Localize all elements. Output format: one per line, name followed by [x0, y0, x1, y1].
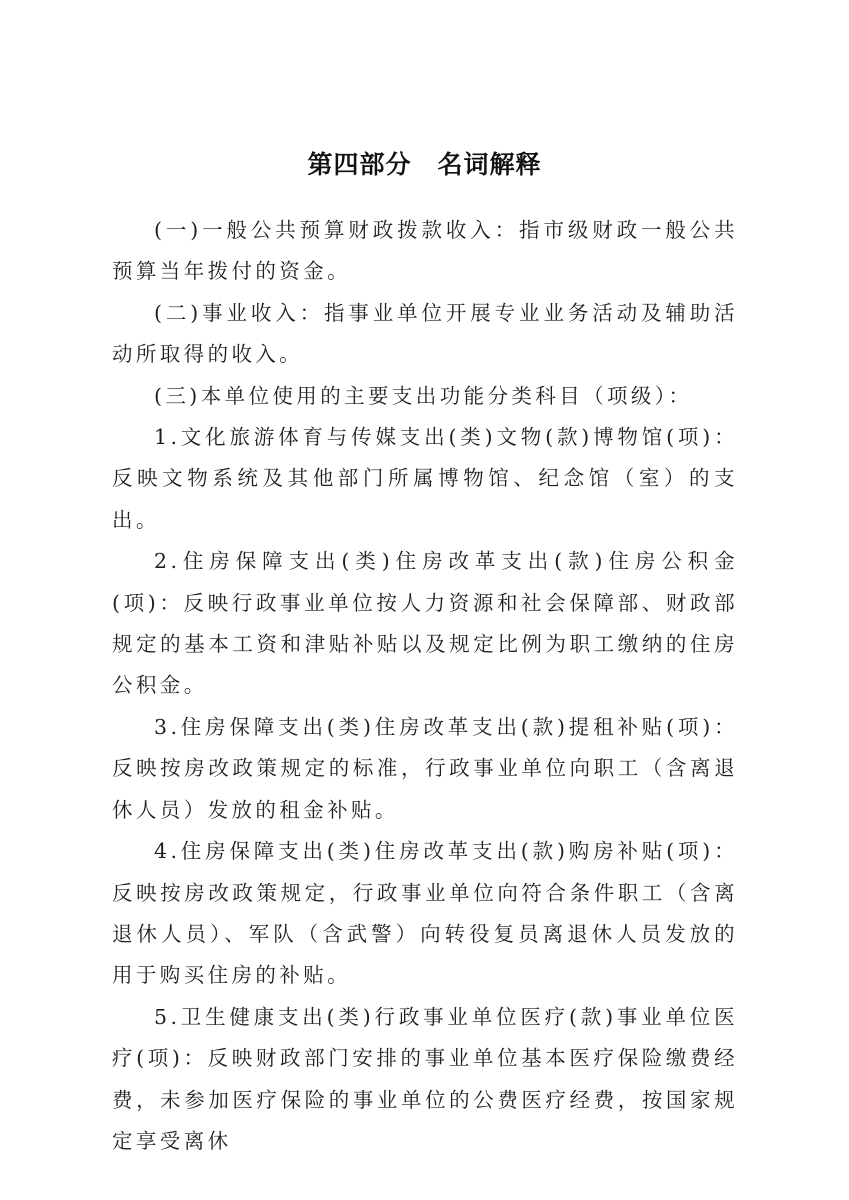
section-title: 第四部分 名词解释	[0, 145, 849, 181]
paragraph-item-rent-subsidy: 3.住房保障支出(类)住房改革支出(款)提租补贴(项)：反映按房改政策规定的标准…	[112, 707, 738, 831]
paragraph-expenditure-categories-heading: (三)本单位使用的主要支出功能分类科目（项级）：	[112, 376, 738, 417]
paragraph-item-housing-purchase-subsidy: 4.住房保障支出(类)住房改革支出(款)购房补贴(项)：反映按房改政策规定，行政…	[112, 831, 738, 997]
document-page: 第四部分 名词解释 (一)一般公共预算财政拨款收入：指市级财政一般公共预算当年拨…	[0, 0, 849, 1200]
paragraph-item-housing-fund: 2.住房保障支出(类)住房改革支出(款)住房公积金(项)：反映行政事业单位按人力…	[112, 541, 738, 707]
paragraph-item-museum: 1.文化旅游体育与传媒支出(类)文物(款)博物馆(项)：反映文物系统及其他部门所…	[112, 417, 738, 541]
paragraph-general-budget-income: (一)一般公共预算财政拨款收入：指市级财政一般公共预算当年拨付的资金。	[112, 210, 738, 293]
paragraph-business-income: (二)事业收入：指事业单位开展专业业务活动及辅助活动所取得的收入。	[112, 293, 738, 376]
document-body: (一)一般公共预算财政拨款收入：指市级财政一般公共预算当年拨付的资金。 (二)事…	[112, 210, 738, 1162]
paragraph-item-medical: 5.卫生健康支出(类)行政事业单位医疗(款)事业单位医疗(项)：反映财政部门安排…	[112, 997, 738, 1163]
